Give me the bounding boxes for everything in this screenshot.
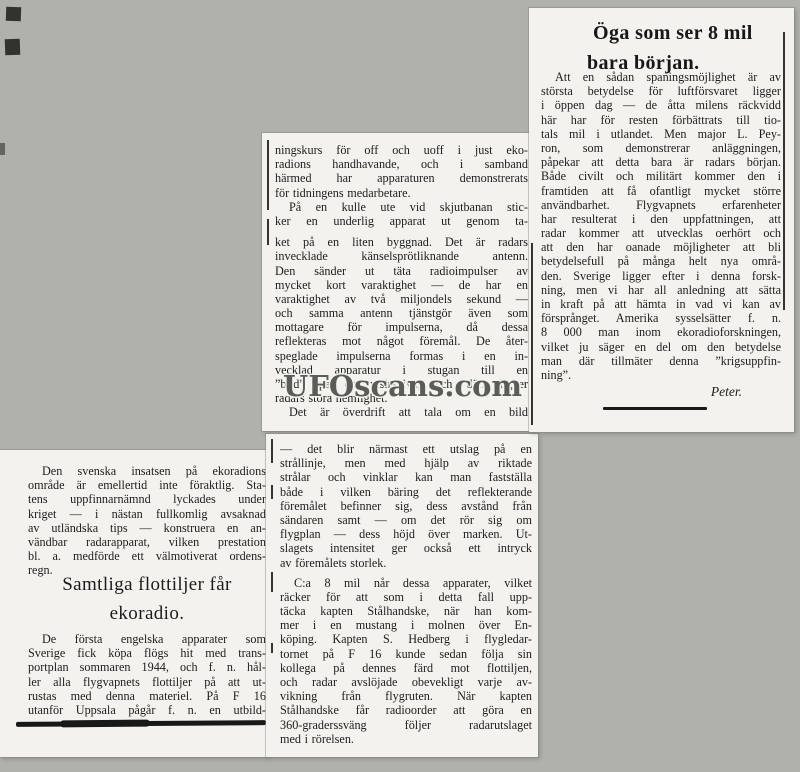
text-line: De första engelska apparater som [28, 632, 266, 646]
left-article-clipping: Den svenska insatsen på ekoradionsområde… [0, 450, 268, 757]
text-line: för tidningens medarbetare. [275, 186, 528, 200]
watermark-text: UFOscans.com [283, 369, 522, 403]
text-line: flygplan — dess höjd över marken. Ut- [280, 527, 532, 541]
right-article-headline-line1: Öga som ser 8 mil [593, 22, 753, 45]
text-line: ning”. [541, 368, 781, 382]
text-line: bl. a. medförde ett välmotiverat ordens- [28, 549, 266, 563]
text-line: och samma antenn tjänstgör även som [275, 306, 528, 320]
text-line: med i rörelsen. [280, 732, 532, 746]
middle-lower-paragraph-2: C:a 8 mil når dessa apparater, vilketräc… [280, 576, 532, 746]
text-line: tornet på F 16 kunde sedan följa sin [280, 647, 532, 661]
column-rule [271, 643, 273, 653]
middle-lower-article-clipping: — det blir närmast ett utslag på enstrål… [266, 434, 538, 757]
scan-mark-1 [6, 7, 21, 22]
text-line: försprånget. Amerika sysselsätter f. n. [541, 311, 781, 325]
text-line: in kraft på att hämta in vad vi kan av [541, 297, 781, 311]
left-article-heading-line1: Samtliga flottiljer får [28, 574, 266, 596]
text-line: tals mil i utlandet. Men major L. Pey- [541, 127, 781, 141]
text-line: härmed har apparaturen demonstrerats [275, 171, 528, 185]
text-line: här har för resten förbättrats till tio- [541, 113, 781, 127]
text-line: radions handhavande, och i samband [275, 157, 528, 171]
right-article-clipping: Öga som ser 8 mil bara början. Att en så… [529, 8, 794, 432]
text-line: ningskurs för off och uoff i just eko- [275, 143, 528, 157]
text-line: man där tillmäter denna ”krigsuppfin- [541, 354, 781, 368]
text-line: användbarhet. Flygvapnets erfarenheter [541, 198, 781, 212]
text-line: invecklade känselsprötliknande antenn. [275, 249, 528, 263]
column-rule [267, 140, 269, 210]
text-line: i öppen dag — de åtta milens räckvidd [541, 98, 781, 112]
text-line: strålar och vinklar kan man fastställa [280, 470, 532, 484]
text-line: både i vilken bäring det reflekterande [280, 485, 532, 499]
right-article-body: Att en sådan spaningsmöjlighet är avstör… [541, 70, 781, 382]
text-line: ron, som demonstrerar anläggningen, [541, 141, 781, 155]
text-line: ket på en liten byggnad. Det är radars [275, 235, 528, 249]
text-line: kollega på dennes färd mot flottiljen, [280, 661, 532, 675]
text-line: område är emellertid inte föraktlig. Sta… [28, 478, 266, 492]
text-line: köping. Kapten S. Hedberg i flygledar- [280, 632, 532, 646]
end-divider-rule [603, 407, 707, 410]
column-rule-left [531, 243, 533, 425]
scan-mark-3 [0, 143, 5, 155]
text-line: sändaren samt — om det rör sig om [280, 513, 532, 527]
text-line: har resulterat i den uppfattningen, att [541, 212, 781, 226]
text-line: ler alla flygvapnets flottiljer på att u… [28, 675, 266, 689]
text-line: största betydelse för luftförsvaret ligg… [541, 84, 781, 98]
text-line: täcka kapten Stålhandske, när han kom- [280, 604, 532, 618]
text-line: betydelsefull på många helt nya områ- [541, 254, 781, 268]
column-rule [271, 572, 273, 592]
text-line: att den har oanade möjligheter att bli [541, 240, 781, 254]
text-line: strållinje, men med hjälp av riktade [280, 456, 532, 470]
text-line: Det är överdrift att tala om en bild [275, 405, 528, 419]
text-line: ning, men vi har all anledning att sätta [541, 283, 781, 297]
middle-lower-text: — det blir närmast ett utslag på enstrål… [280, 442, 532, 746]
text-line: mottagare för impulserna, då dessa [275, 320, 528, 334]
text-line: Att en sådan spaningsmöjlighet är av [541, 70, 781, 84]
text-line: rustas med denna materiel. På F 16 [28, 689, 266, 703]
text-line: 360-graderssväng följer radarutslaget [280, 718, 532, 732]
text-line: speglade impulserna formas i en in- [275, 349, 528, 363]
text-line: radar kommer att utvecklas oerhört och [541, 226, 781, 240]
text-line: vändbar radarapparat, vilken prestation [28, 535, 266, 549]
column-rule-right [783, 32, 785, 310]
text-line: föremålet befinner sig, dess avstånd frå… [280, 499, 532, 513]
text-line: och radar avslöjade obevekligt varje av- [280, 675, 532, 689]
scan-background: { "colors": { "background": "#b0b0ac", "… [0, 0, 800, 772]
text-line: påpekar att detta bara är radars början. [541, 155, 781, 169]
text-line: slagets intensitet ger också ett intryck [280, 541, 532, 555]
text-line: reflekteras mot något föremål. De åter- [275, 334, 528, 348]
text-line: — det blir närmast ett utslag på en [280, 442, 532, 456]
text-line: framtiden att få ofantligt mycket större [541, 184, 781, 198]
text-line: mycket kort varaktighet — de har en [275, 278, 528, 292]
text-line: räcker för att som i detta fall upp- [280, 590, 532, 604]
column-rule [271, 485, 273, 499]
text-line: portplan sommaren 1944, och f. n. hål- [28, 660, 266, 674]
text-line: utanför Uppsala pågår f. n. en utbild- [28, 703, 266, 717]
left-article-heading-line2: ekoradio. [28, 603, 266, 625]
left-article-paragraph-1: Den svenska insatsen på ekoradionsområde… [28, 464, 266, 578]
ink-smudge-blob [60, 720, 150, 728]
left-article-paragraph-2: De första engelska apparater somSverige … [28, 632, 266, 717]
text-line: 8 000 man inom ekoradioforskningen, [541, 325, 781, 339]
text-line: tens uppfinnarnämnd lyckades under [28, 492, 266, 506]
text-line: Både civilt och militärt kommer den i [541, 169, 781, 183]
scan-mark-2 [5, 39, 21, 56]
column-rule [271, 439, 273, 463]
text-line: På en kulle ute vid skjutbanan stic- [275, 200, 528, 214]
column-rule [267, 219, 269, 245]
text-line: av föremålets storlek. [280, 556, 532, 570]
middle-lower-paragraph-1: — det blir närmast ett utslag på enstrål… [280, 442, 532, 570]
text-line: vilket ju säger en del om den betydelse [541, 340, 781, 354]
text-line: den. Sverige ligger efter i denna forsk- [541, 269, 781, 283]
text-line: av utländska tips — konstruera en an- [28, 521, 266, 535]
text-line: varaktighet av två miljondels sekund — [275, 292, 528, 306]
text-line: Stålhandske får radioorder att göra en [280, 703, 532, 717]
middle-upper-block-1: ningskurs för off och uoff i just eko-ra… [275, 143, 528, 228]
text-line: mer i en mustang i molnen över En- [280, 618, 532, 632]
text-line: kriget — i nästan fullkomlig avsaknad [28, 507, 266, 521]
text-line: Den svenska insatsen på ekoradions [28, 464, 266, 478]
text-line: C:a 8 mil når dessa apparater, vilket [280, 576, 532, 590]
text-line: Sverige fick köpa flögs hit med trans- [28, 646, 266, 660]
article-signature: Peter. [711, 384, 742, 400]
text-line: vikning från flygruten. När kapten [280, 689, 532, 703]
text-line: ker en underlig apparat ut genom ta- [275, 214, 528, 228]
text-line: Den sänder ut täta radioimpulser av [275, 264, 528, 278]
